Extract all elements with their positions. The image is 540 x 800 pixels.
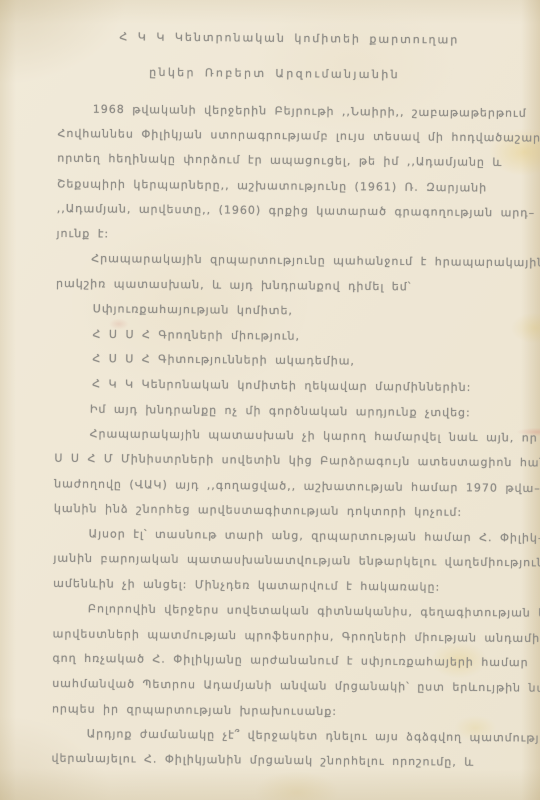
letter-text: Հ Կ Կ Կենտրոնական կոմիտեի քարտուղար ընկե… bbox=[26, 18, 511, 776]
addressee-list-item: Հ Ս Ս Հ Գիտությունների ակադեմիա, bbox=[92, 346, 508, 375]
document-line: Հրապարակային զրպարտությունը պահանջում է … bbox=[91, 246, 509, 275]
recipient-title: Հ Կ Կ Կենտրոնական կոմիտեի քարտուղար bbox=[119, 24, 511, 53]
document-line: գող հռչակած Հ. Փիլիկյանը արժանանում է սփ… bbox=[52, 646, 505, 675]
recipient-name: ընկեր Ռոբերտ Արզումանյանին bbox=[149, 60, 511, 88]
document-line: Շեքսպիրի կերպարները,, աշխատությունը (196… bbox=[57, 171, 510, 200]
document-line: նաժողովը (ՎԱԿ) այդ ,,գողացված,, աշխատութ… bbox=[54, 471, 507, 500]
addressee-list-item: Հ Կ Կ Կենրոնական կոմիտեի ղեկավար մարմինն… bbox=[92, 371, 508, 400]
document-line: Իմ այդ խնդրանքը ոչ մի գործնական արդյունք… bbox=[90, 397, 508, 426]
document-line: որպես իր զրպարտության խրախուսանք: bbox=[52, 696, 505, 725]
document-line: Բոլորովին վերջերս սովետական գիտնականիս, … bbox=[88, 596, 506, 625]
document-line: 1968 թվականի վերջերին Բեյրութի ,,Նաիրի,,… bbox=[93, 97, 511, 126]
document-line: ,,Ադամյան, արվեստը,, (1960) գրքից կատարա… bbox=[57, 196, 510, 225]
document-line: սահմանված Պետրոս Ադամյանի անվան մրցանակի… bbox=[52, 671, 505, 700]
addressee-list-item: Սփյուռքահայության կոմիտե, bbox=[93, 296, 509, 325]
document-line: որտեղ հեղինակը փորձում էր ապացուցել, թե … bbox=[57, 146, 510, 175]
document-line: վերանայելու Հ. Փիլիկյանին մրցանակ շնորհե… bbox=[51, 746, 504, 775]
document-line: Ս Ս Հ Մ Մինիստրների սովետին կից Բարձրագո… bbox=[54, 446, 507, 475]
scanned-letter-page: Հ Կ Կ Կենտրոնական կոմիտեի քարտուղար ընկե… bbox=[0, 0, 540, 800]
document-line: յանին բարոյական պատասխանատվության ենթարկ… bbox=[53, 546, 506, 575]
